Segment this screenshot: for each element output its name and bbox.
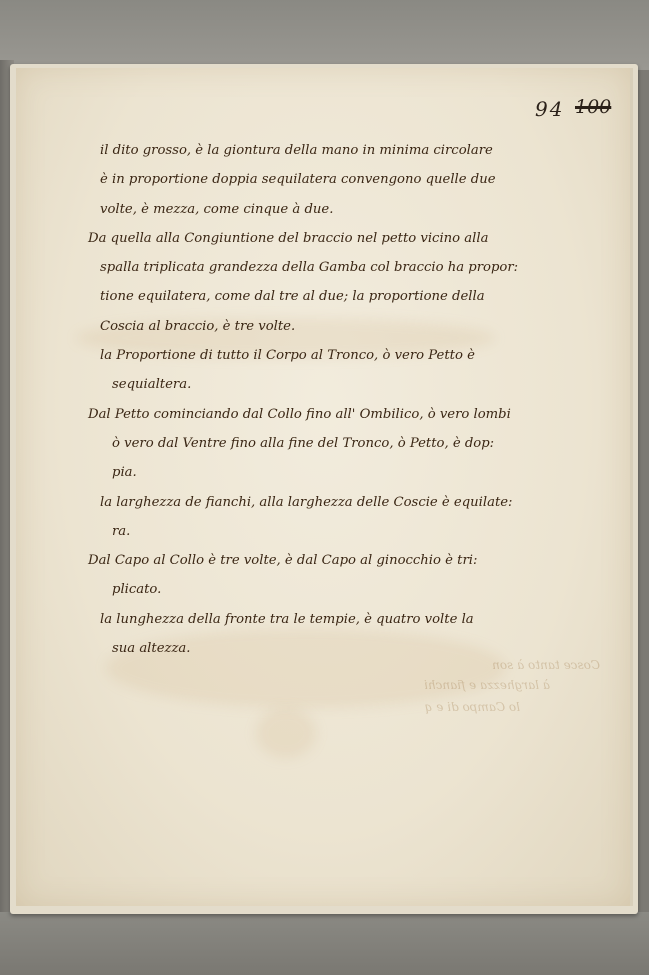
text-line: è in proportione doppia sequilatera conv… [100, 165, 530, 194]
text-line: Dal Petto cominciando dal Collo fino all… [88, 400, 530, 429]
text-line: Coscia al braccio, è tre volte. [100, 312, 530, 341]
bleed-through-text: à larghezza e fianchi [150, 678, 550, 692]
text-line: plicato. [100, 575, 530, 604]
struck-folio-number: 100 [575, 96, 611, 118]
stain [256, 708, 316, 758]
bleed-through-text: lo Campo di e q [120, 700, 520, 714]
text-line: pia. [100, 458, 530, 487]
text-line: volte, è mezza, come cinque à due. [100, 195, 530, 224]
bleed-through-text: Cosce tanto à son [200, 658, 600, 672]
text-line: la lunghezza della fronte tra le tempie,… [100, 605, 530, 634]
text-line: sequialtera. [100, 370, 530, 399]
folio-number: 94 [535, 97, 564, 121]
text-line: la Proportione di tutto il Corpo al Tron… [100, 341, 530, 370]
scanner-background-bottom [0, 912, 649, 975]
manuscript-text: il dito grosso, è la giontura della mano… [100, 136, 530, 663]
text-line: il dito grosso, è la giontura della mano… [100, 136, 530, 165]
text-line: Dal Capo al Collo è tre volte, è dal Cap… [88, 546, 530, 575]
scanner-background-top [0, 0, 649, 70]
text-line: ra. [100, 517, 530, 546]
text-line: la larghezza de fianchi, alla larghezza … [100, 488, 530, 517]
text-line: tione equilatera, come dal tre al due; l… [100, 282, 530, 311]
text-line: spalla triplicata grandezza della Gamba … [100, 253, 530, 282]
text-line: ò vero dal Ventre fino alla fine del Tro… [100, 429, 530, 458]
text-line: Da quella alla Congiuntione del braccio … [88, 224, 530, 253]
